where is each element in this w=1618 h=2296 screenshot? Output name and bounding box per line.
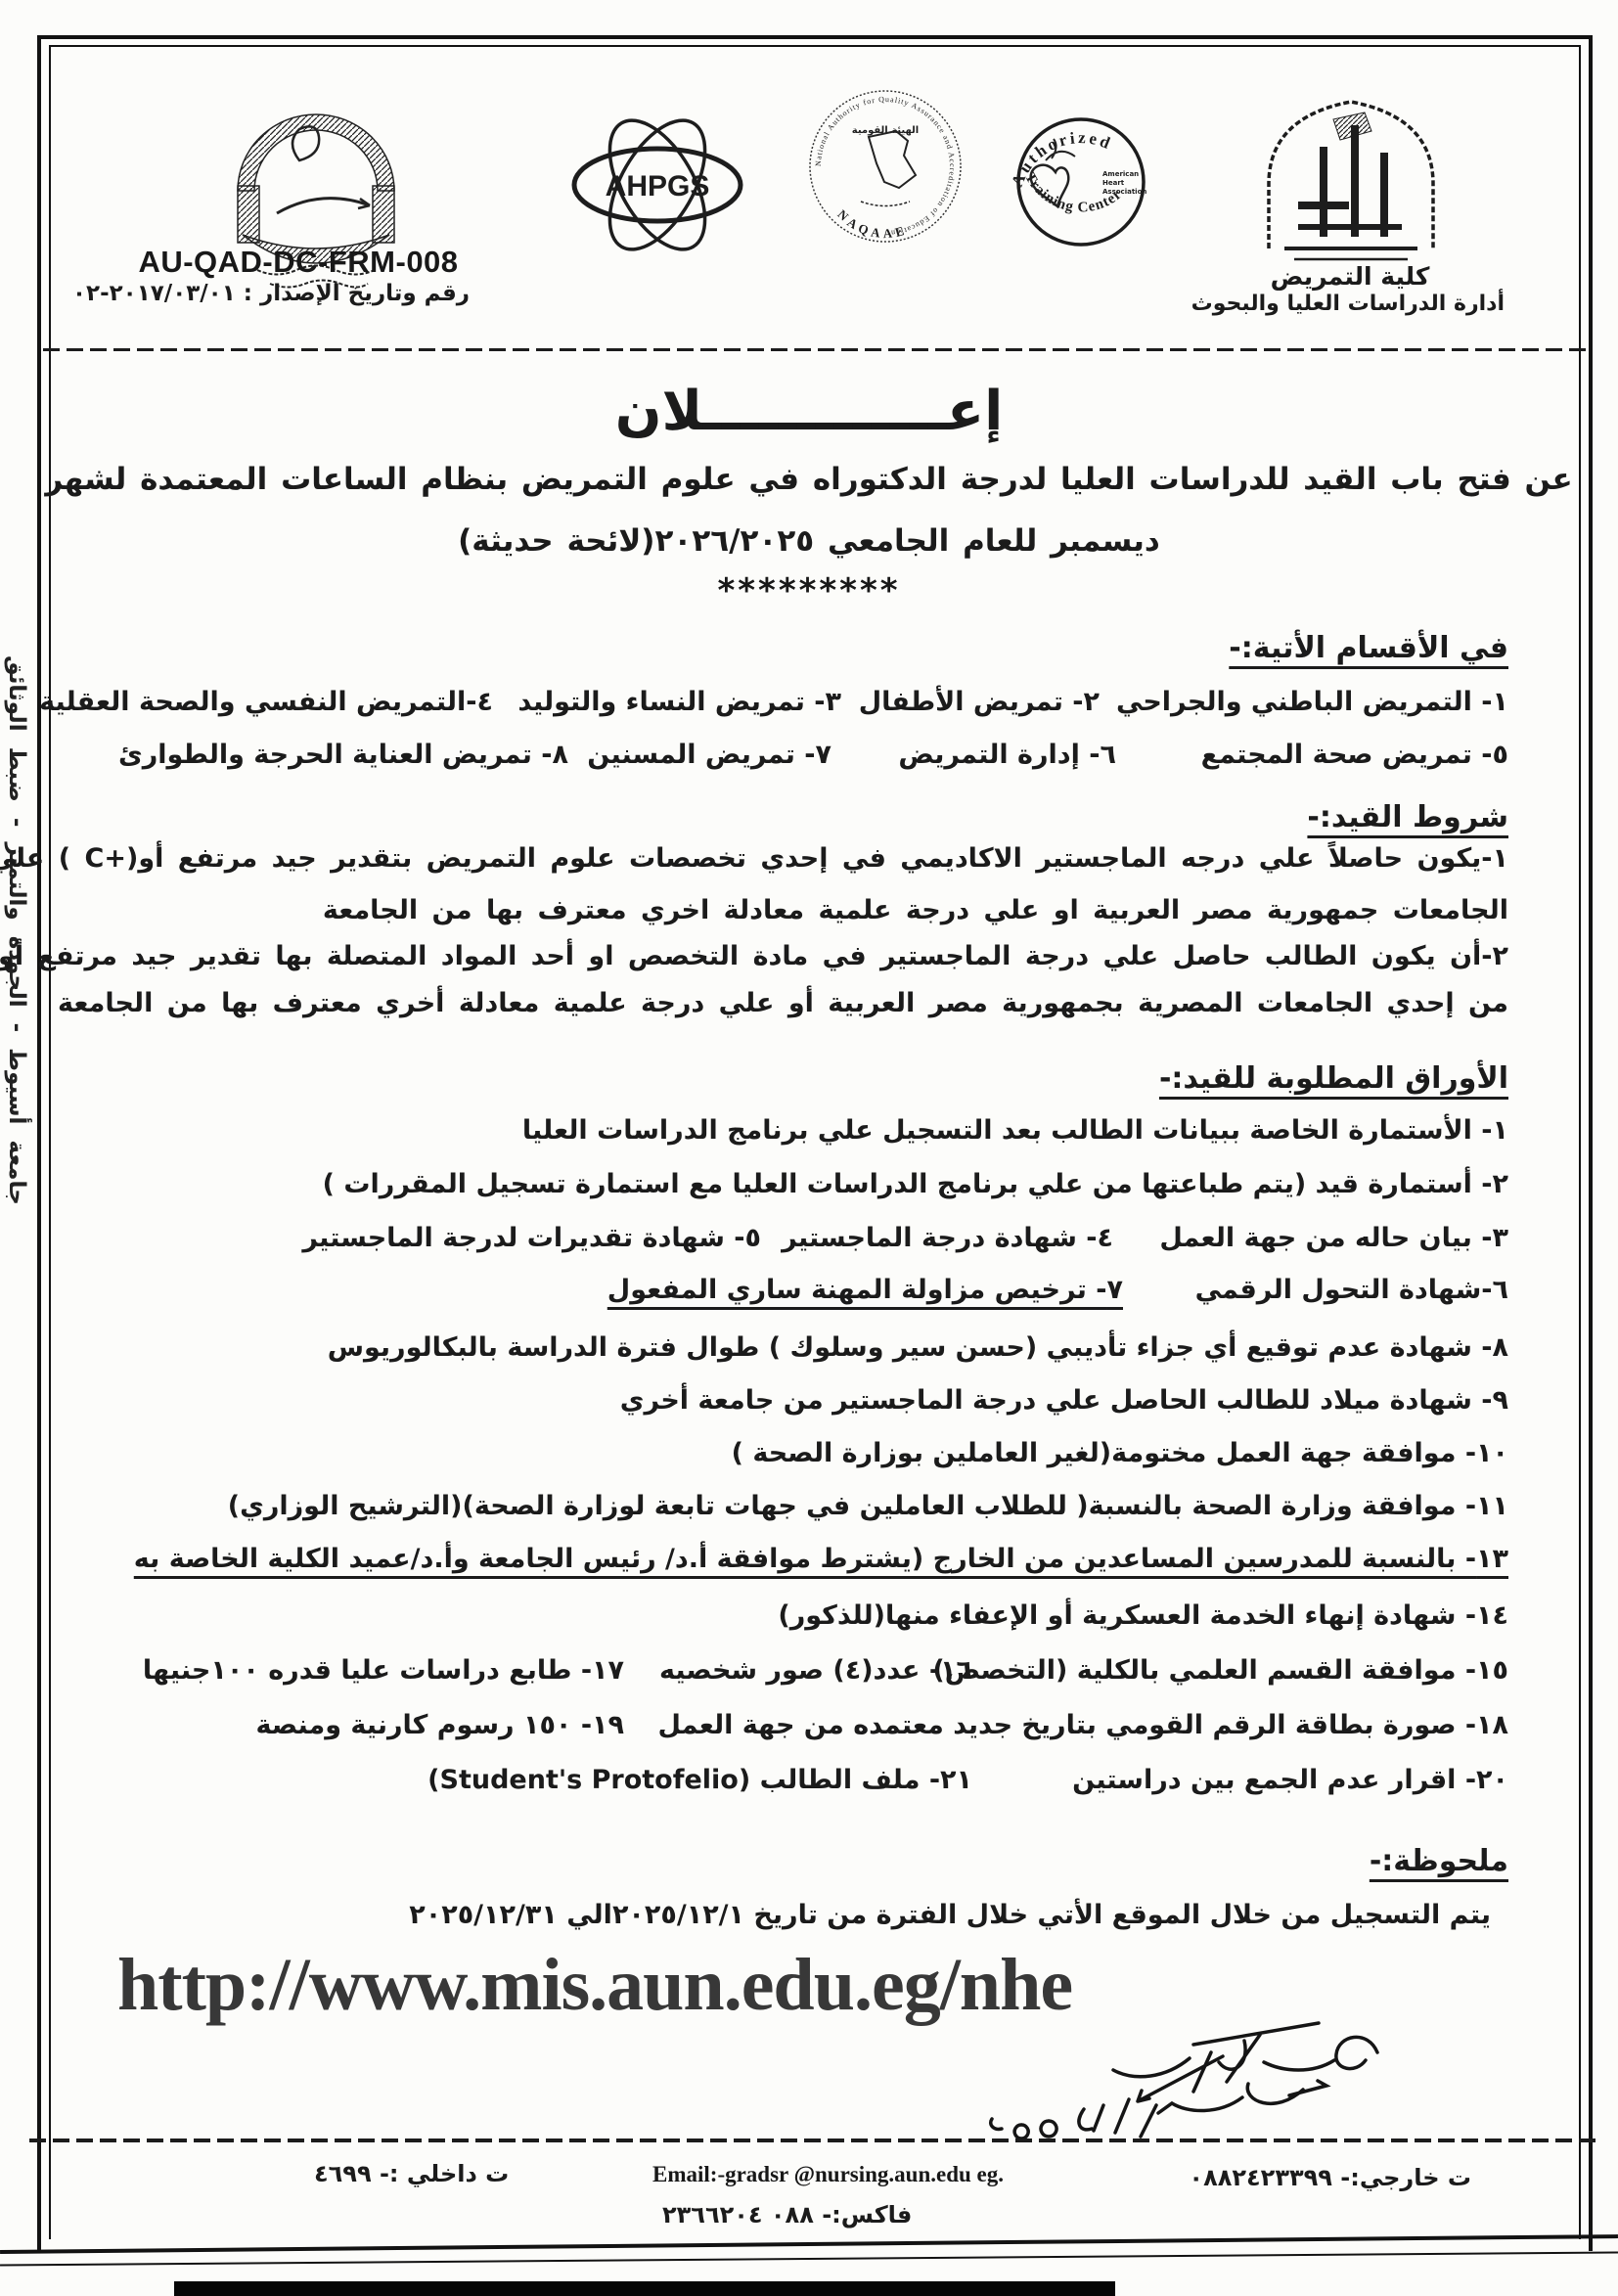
- document-item: ٣- بيان حاله من جهة العمل: [1159, 1223, 1508, 1253]
- announcement-title: إعـــــــــــــلان: [0, 380, 1618, 443]
- document-line: ٨- شهادة عدم توقيع أي جزاء تأديبي (حسن س…: [0, 1332, 1618, 1383]
- conditions-heading: شروط القيد:-: [1307, 800, 1508, 834]
- document-item: ٢١- ملف الطالب (Student's Protofelio): [427, 1765, 972, 1795]
- authorized-training-center-badge: Authorized Training Center American Hear…: [993, 108, 1169, 256]
- issue-label: رقم وتاريخ الإصدار :: [244, 281, 470, 306]
- svg-text:NAQAAE: NAQAAE: [834, 206, 909, 241]
- issue-value: ٢٠١٧/٠٣/٠١-٠٢: [72, 281, 236, 306]
- announcement-line1: عن فتح باب القيد للدراسات العليا لدرجة ا…: [0, 462, 1618, 497]
- department-item: ١- التمريض الباطني والجراحي: [1116, 687, 1508, 717]
- document-line: ٣- بيان حاله من جهة العمل ٤- شهادة درجة …: [0, 1223, 1618, 1274]
- document-item: ١٧- طابع دراسات عليا قدره ١٠٠جنيها: [143, 1655, 624, 1686]
- document-line: ٢- أستمارة قيد (يتم طباعتها من علي برنام…: [0, 1169, 1618, 1220]
- handwritten-signature: [900, 1996, 1409, 2142]
- document-line: ١٥- موافقة القسم العلمي بالكلية (التخصص)…: [0, 1655, 1618, 1706]
- fax-line: فاكس:- ٠٨٨ ٢٣٦٦٢٠٤: [662, 2201, 912, 2228]
- announcement-line2: ديسمبر للعام الجامعي ٢٠٢٦/٢٠٢٥(لائحة حدي…: [0, 523, 1618, 559]
- document-item: ١- الأستمارة الخاصة ببيانات الطالب بعد ا…: [522, 1115, 1508, 1146]
- document-item: ٢٠- اقرار عدم الجمع بين دراستين: [1072, 1765, 1508, 1795]
- department-item: ٢- تمريض الأطفال: [859, 687, 1100, 717]
- scan-artifact-bar: [174, 2281, 1115, 2296]
- document-item: ٥- شهادة تقديرات لدرجة الماجستير: [302, 1223, 761, 1253]
- department-item: ٧- تمريض المسنين: [587, 740, 831, 770]
- fax-label: فاكس:-: [822, 2201, 912, 2228]
- document-line: ١١- موافقة وزارة الصحة بالنسبة( للطلاب ا…: [0, 1491, 1618, 1542]
- department-item: ٦- إدارة التمريض: [898, 740, 1116, 770]
- faculty-name: كلية التمريض: [1213, 262, 1487, 291]
- scanned-announcement-page: جامعة أسيوط - الجودة والتميز - ضبط الوثا…: [0, 0, 1618, 2296]
- departments-row-1: ١- التمريض الباطني والجراحي ٢- تمريض الأ…: [0, 687, 1618, 738]
- note-text: يتم التسجيل من خلال الموقع الأتي خلال ال…: [409, 1900, 1491, 1930]
- document-item: ١٠- موافقة جهة العمل مختومة(لغير العاملي…: [732, 1438, 1508, 1468]
- naqaae-seal-logo: National Authority for Quality Assurance…: [792, 86, 978, 250]
- departments-heading: في الأقسام الأتية:-: [1229, 631, 1508, 665]
- document-item: ١٥- موافقة القسم العلمي بالكلية (التخصص): [932, 1655, 1508, 1686]
- document-line: ٩- شهادة ميلاد للطالب الحاصل علي درجة ال…: [0, 1385, 1618, 1436]
- naqaae-ring-text: National Authority for Quality Assurance…: [814, 95, 957, 238]
- bottom-frame-line-2: [0, 2252, 1618, 2267]
- departments-row-2: ٥- تمريض صحة المجتمع ٦- إدارة التمريض ٧-…: [0, 740, 1618, 790]
- ahpgs-label: AHPGS: [606, 170, 710, 203]
- document-item: ٦-شهادة التحول الرقمي: [1195, 1275, 1508, 1305]
- condition-line: ٢-أن يكون الطالب حاصل علي درجة الماجستير…: [0, 941, 1508, 971]
- document-item: ١٦- عدد(٤) صور شخصيه: [659, 1655, 972, 1686]
- document-code: AU-QAD-DC-FRM-008: [137, 245, 460, 280]
- ahpgs-logo: AHPGS: [569, 110, 745, 261]
- document-item: ٨- شهادة عدم توقيع أي جزاء تأديبي (حسن س…: [328, 1332, 1508, 1363]
- atc-center-line2: Heart: [1102, 179, 1125, 187]
- document-item: ٢- أستمارة قيد (يتم طباعتها من علي برنام…: [323, 1169, 1508, 1199]
- document-item: ١١- موافقة وزارة الصحة بالنسبة( للطلاب ا…: [228, 1491, 1508, 1521]
- note-heading: ملحوظة:-: [1370, 1844, 1508, 1878]
- svg-text:National Authority for Quality: National Authority for Quality Assurance…: [814, 95, 957, 238]
- department-item: ٨- تمريض العناية الحرجة والطوارئ: [118, 740, 568, 770]
- document-item: ١٣- بالنسبة للمدرسين المساعدين من الخارج…: [134, 1544, 1508, 1574]
- issue-number-line: رقم وتاريخ الإصدار : ٢٠١٧/٠٣/٠١-٠٢: [127, 281, 470, 306]
- department-item: ٣- تمريض النساء والتوليد: [517, 687, 841, 717]
- footer-email: Email:-gradsr @nursing.aun.edu eg.: [652, 2162, 1004, 2187]
- document-item: ٤- شهادة درجة الماجستير: [782, 1223, 1113, 1253]
- atc-center-line3: Association: [1102, 188, 1146, 196]
- side-margin-text: جامعة أسيوط - الجودة والتميز - ضبط الوثا…: [4, 579, 29, 1205]
- document-line: ١٤- شهادة إنهاء الخدمة العسكرية أو الإعف…: [0, 1600, 1618, 1651]
- document-item: ١٨- صورة بطاقة الرقم القومي بتاريخ جديد …: [658, 1710, 1508, 1740]
- document-line: ١٨- صورة بطاقة الرقم القومي بتاريخ جديد …: [0, 1710, 1618, 1761]
- document-item: ١٩- ١٥٠ رسوم كارنية ومنصة: [256, 1710, 624, 1740]
- internal-phone: ت داخلي :- ٤٦٩٩: [314, 2160, 509, 2187]
- external-phone: ت خارجي:- ٠٨٨٢٤٢٣٣٩٩: [1189, 2164, 1471, 2191]
- naqaae-label: NAQAAE: [834, 206, 909, 241]
- document-line: ٦-شهادة التحول الرقمي ٧- ترخيص مزاولة ال…: [0, 1275, 1618, 1326]
- header-divider-dashed: [43, 348, 1589, 351]
- condition-line: من إحدي الجامعات المصرية بجمهورية مصر ال…: [58, 988, 1508, 1018]
- condition-line: الجامعات جمهورية مصر العربية او علي درجة…: [323, 895, 1508, 925]
- fax-number: ٠٨٨ ٢٣٦٦٢٠٤: [662, 2201, 814, 2228]
- document-item: ٧- ترخيص مزاولة المهنة ساري المفعول: [607, 1275, 1123, 1305]
- condition-line: ١-يكون حاصلاً علي درجه الماجستير الاكادي…: [0, 843, 1508, 874]
- stars-separator: *********: [0, 571, 1618, 610]
- document-line: ١٠- موافقة جهة العمل مختومة(لغير العاملي…: [0, 1438, 1618, 1489]
- department-item: ٤-التمريض النفسي والصحة العقلية: [39, 687, 493, 717]
- footer-divider-dashed: [29, 2138, 1602, 2142]
- document-item: ٩- شهادة ميلاد للطالب الحاصل علي درجة ال…: [620, 1385, 1508, 1416]
- documents-heading: الأوراق المطلوبة للقيد:-: [1159, 1061, 1508, 1096]
- document-line: ٢٠- اقرار عدم الجمع بين دراستين ٢١- ملف …: [0, 1765, 1618, 1816]
- department-name: أدارة الدراسات العليا والبحوث: [1195, 292, 1505, 316]
- document-line: ١- الأستمارة الخاصة ببيانات الطالب بعد ا…: [0, 1115, 1618, 1166]
- department-item: ٥- تمريض صحة المجتمع: [1201, 740, 1508, 770]
- assiut-university-logo: [1255, 90, 1446, 268]
- atc-center-line1: American: [1102, 170, 1139, 178]
- document-item: ١٤- شهادة إنهاء الخدمة العسكرية أو الإعف…: [778, 1600, 1508, 1631]
- document-line: ١٣- بالنسبة للمدرسين المساعدين من الخارج…: [0, 1544, 1618, 1595]
